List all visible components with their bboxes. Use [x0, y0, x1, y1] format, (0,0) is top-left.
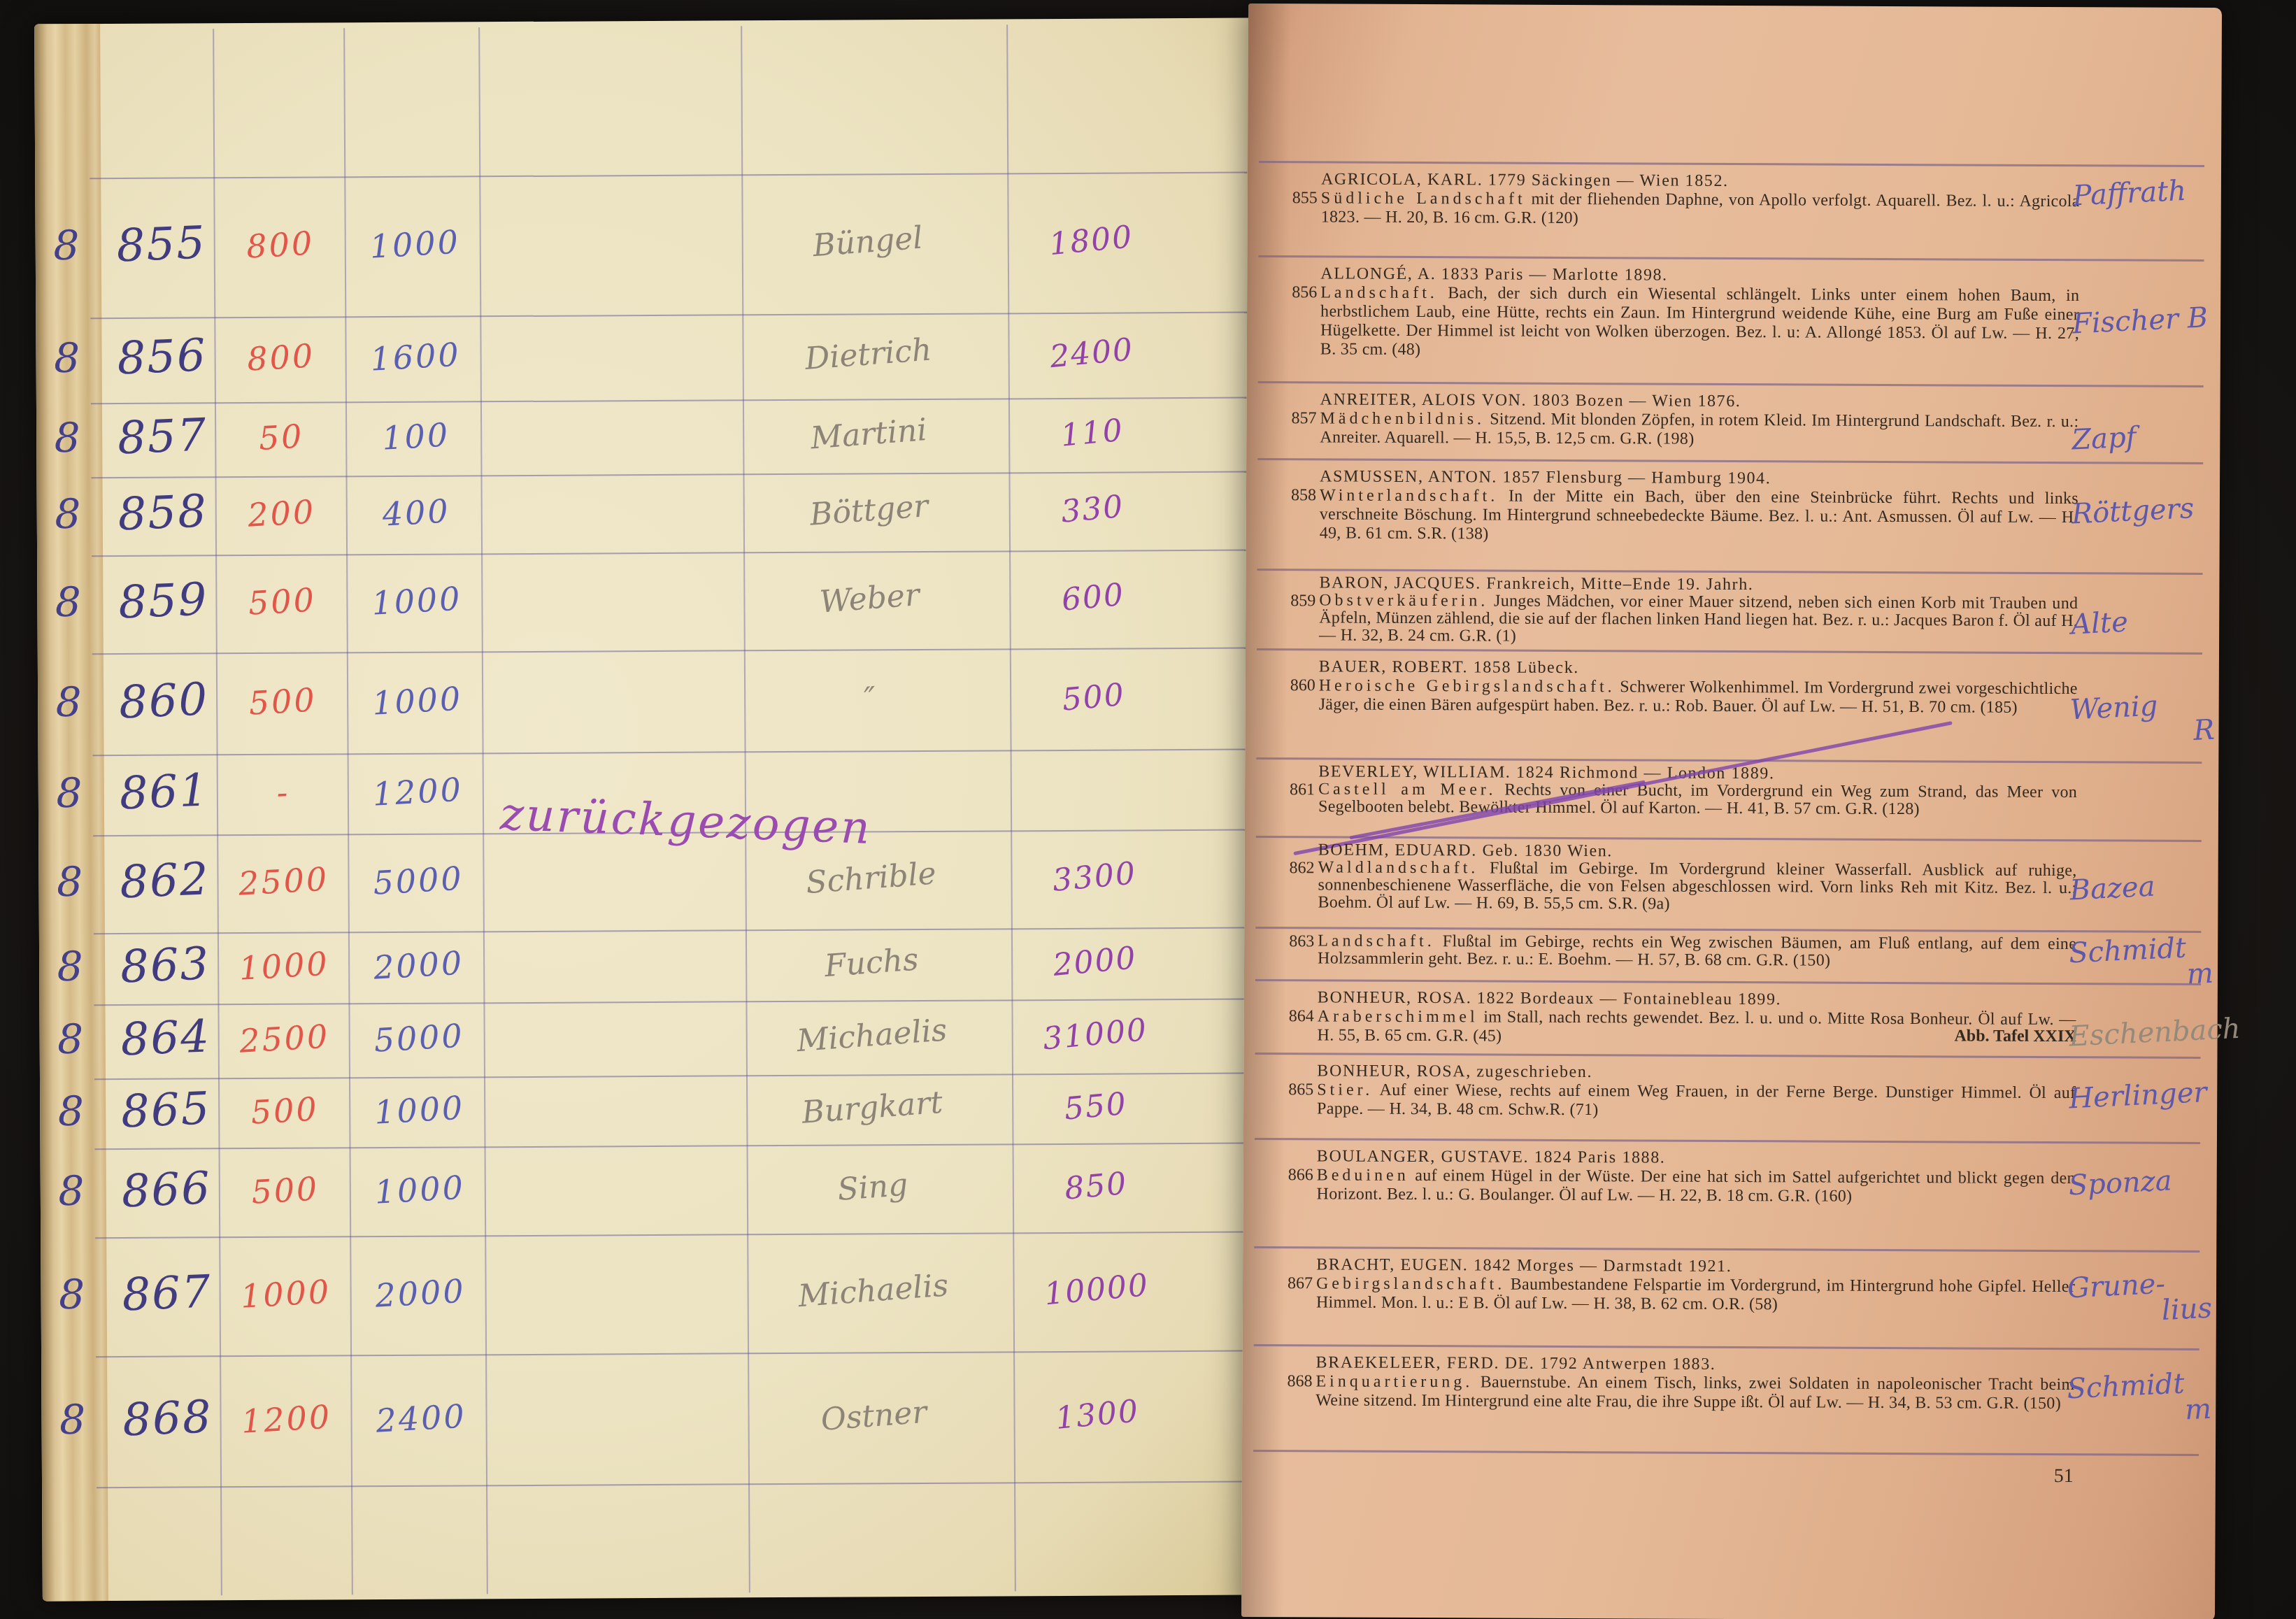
estimate-red: 50 [221, 415, 342, 459]
margin-annotation: Röttgers [2071, 492, 2216, 530]
lot-number: 855 [104, 217, 218, 273]
cutoff-lot-digit: 8 [45, 1015, 96, 1063]
buyer-name: Schrible [748, 851, 994, 905]
buyer-name: Dietrich [745, 327, 992, 381]
lot-number: 863 [1262, 932, 1314, 951]
buyer-name: Sing [749, 1160, 996, 1214]
entry-body: Mädchenbildnis. Sitzend. Mit blonden Zöp… [1320, 409, 2078, 450]
lot-number: 859 [1264, 592, 1315, 611]
lot-number: 858 [1264, 486, 1316, 505]
ledger-row-864: 8 864 2500 5000 Michaelis 31000 [39, 998, 1267, 1078]
catalog-entry-866: 866 BOULANGER, GUSTAVE. 1824 Paris 1888.… [1243, 1138, 2216, 1250]
page-number: 51 [2032, 1465, 2095, 1488]
estimate-red: 1200 [226, 1397, 347, 1441]
work-title: Mädchenbildnis. [1320, 409, 1485, 428]
lot-number: 860 [1264, 676, 1315, 695]
hammer-price: 3300 [1011, 852, 1178, 902]
hammer-price: 110 [1008, 408, 1176, 458]
lot-number: 868 [110, 1390, 224, 1446]
estimate-red: 2500 [224, 1016, 345, 1061]
work-title: Araberschimmel [1318, 1007, 1478, 1026]
entry-body: Beduinen auf einem Hügel in der Wüste. D… [1317, 1166, 2076, 1207]
lot-number: 864 [1262, 1007, 1314, 1026]
cutoff-lot-digit: 8 [46, 1167, 97, 1214]
catalog-entry-865: 865 BONHEUR, ROSA, zugeschrieben. Stier.… [1243, 1053, 2216, 1142]
estimate-blue: 1000 [352, 678, 483, 723]
cutoff-lot-digit: 8 [46, 1271, 97, 1318]
lot-number: 862 [108, 853, 222, 909]
ledger-row-856: 8 856 800 1600 Dietrich 2400 [36, 311, 1264, 403]
estimate-blue: 2000 [353, 943, 485, 988]
buyer-name: Fuchs [748, 936, 995, 990]
catalog-entry-858: 858 ASMUSSEN, ANTON. 1857 Flensburg — Ha… [1246, 458, 2219, 573]
catalog-entry-856: 856 ALLONGÉ, A. 1833 Paris — Marlotte 18… [1247, 255, 2220, 385]
estimate-blue: 1000 [354, 1087, 485, 1133]
lot-number: 865 [109, 1083, 223, 1139]
margin-annotation-pencil: Eschenbach [2069, 1015, 2213, 1053]
hammer-price: 330 [1009, 484, 1176, 534]
estimate-blue: 1600 [350, 334, 481, 380]
estimate-blue: 5000 [353, 1015, 485, 1061]
hammer-price: 2000 [1011, 936, 1178, 987]
hammer-price: 550 [1012, 1081, 1179, 1132]
estimate-red: 500 [224, 1168, 345, 1213]
cutoff-lot-digit: 8 [44, 769, 94, 816]
buyer-name: Martini [746, 407, 992, 461]
lot-number: 856 [105, 329, 219, 385]
estimate-red: 2500 [223, 859, 344, 904]
catalog-entry-860: 860 BAUER, ROBERT. 1858 Lübeck. Heroisch… [1245, 648, 2218, 762]
ledger-row-867: 8 867 1000 2000 Michaelis 10000 [41, 1231, 1269, 1356]
estimate-blue: 1000 [351, 578, 483, 624]
buyer-name: Michaelis [748, 1008, 995, 1062]
work-title: Waldlandschaft. [1318, 858, 1479, 877]
ledger-row-865: 8 865 500 1000 Burgkart 550 [40, 1072, 1267, 1148]
estimate-red: 200 [221, 491, 342, 536]
lot-number: 859 [106, 573, 220, 629]
entry-body: Einquartierung. Bauernstube. An einem Ti… [1315, 1372, 2074, 1413]
catalog-entry-868: 868 BRAEKELEER, FERD. DE. 1792 Antwerpen… [1242, 1344, 2215, 1454]
cutoff-lot-digit: 8 [42, 414, 92, 462]
hammer-price: 2400 [1008, 328, 1176, 378]
work-title: Winterlandschaft. [1320, 486, 1498, 505]
buyer-name: Weber [746, 571, 993, 625]
lot-number: 862 [1263, 859, 1315, 878]
buyer-name: Burgkart [749, 1080, 996, 1134]
margin-annotation: Zapf [2071, 418, 2216, 456]
catalog-entry-855: 855 AGRICOLA, KARL. 1779 Säckingen — Wie… [1247, 161, 2220, 259]
estimate-red: 500 [222, 579, 343, 624]
estimate-red: - [222, 770, 343, 815]
estimate-red: 500 [224, 1088, 345, 1133]
cutoff-lot-digit: 8 [44, 858, 94, 906]
work-title: Landschaft. [1318, 932, 1435, 950]
work-title: Castell am Meer. [1318, 780, 1497, 799]
catalog-entry-864: 864 BONHEUR, ROSA. 1822 Bordeaux — Fonta… [1243, 979, 2216, 1057]
ledger-row-855: 8 855 800 1000 Büngel 1800 [35, 171, 1263, 318]
work-title: Heroische Gebirgslandschaft. [1319, 676, 1616, 696]
hammer-price: 850 [1013, 1160, 1180, 1211]
work-title: Beduinen [1317, 1166, 1409, 1185]
estimate-blue: 1000 [349, 222, 480, 267]
estimate-blue: 1000 [354, 1167, 485, 1212]
cutoff-lot-digit: 8 [47, 1395, 97, 1443]
lot-number: 863 [108, 938, 222, 994]
margin-annotation: WenigR [2069, 688, 2216, 753]
ledger-row-858: 8 858 200 400 Böttger 330 [37, 471, 1265, 555]
margin-annotation: Alte [2070, 603, 2215, 641]
margin-annotation: Sponza [2068, 1164, 2213, 1201]
lot-number: 866 [1262, 1166, 1313, 1185]
entry-body: Castell am Meer. Rechts von einer Bucht,… [1318, 780, 2077, 819]
hammer-price: 1300 [1014, 1389, 1181, 1439]
catalog-entry-862: 862 BOEHM, EDUARD. Geb. 1830 Wien. Waldl… [1244, 836, 2217, 931]
work-title: Landschaft. [1320, 283, 1438, 302]
estimate-red: 1000 [224, 943, 345, 988]
lot-number: 857 [106, 409, 220, 465]
margin-annotation: Fischer B [2072, 302, 2216, 340]
work-title: Südliche Landschaft [1321, 189, 1526, 208]
estimate-blue: 100 [350, 414, 482, 459]
lot-number: 860 [107, 673, 221, 729]
catalog-entry-867: 867 BRACHT, EUGEN. 1842 Morges — Darmsta… [1243, 1246, 2216, 1348]
cutoff-lot-digit: 8 [45, 943, 95, 990]
lot-number: 865 [1262, 1080, 1313, 1099]
margin-annotation: Schmidtm [2066, 1367, 2212, 1432]
plate-reference: Abb. Tafel XXIX [1867, 1027, 2076, 1046]
ledger-row-868: 8 868 1200 2400 Ostner 1300 [41, 1350, 1269, 1487]
estimate-blue: 400 [350, 490, 482, 536]
work-title: Einquartierung. [1315, 1372, 1473, 1391]
work-description: Auf einer Wiese, rechts auf einem Weg Fr… [1317, 1081, 2076, 1119]
hammer-price: 600 [1010, 572, 1177, 622]
entry-body: Stier. Auf einer Wiese, rechts auf einem… [1317, 1080, 2076, 1122]
cutoff-lot-digit: 8 [43, 578, 93, 626]
estimate-red: 800 [220, 335, 341, 380]
entry-body: Winterlandschaft. In der Mitte ein Bach,… [1320, 486, 2078, 546]
margin-annotation: Herlinger [2068, 1077, 2213, 1115]
cutoff-lot-digit: 8 [45, 1087, 96, 1135]
cutoff-lot-digit: 8 [41, 334, 92, 382]
ledger-row-857: 8 857 50 100 Martini 110 [36, 397, 1264, 477]
work-description: auf einem Hügel in der Wüste. Der eine h… [1317, 1167, 2076, 1206]
buyer-name: Böttger [746, 483, 992, 537]
hammer-price: 1800 [1008, 215, 1175, 266]
margin-annotation: Paffrath [2072, 174, 2217, 212]
buyer-name: Ostner [750, 1389, 997, 1443]
lot-number: 864 [108, 1011, 222, 1067]
lot-number: 858 [106, 485, 220, 541]
lot-number: 867 [110, 1266, 224, 1322]
hammer-price: 10000 [1013, 1264, 1181, 1315]
work-title: Stier. [1317, 1080, 1373, 1099]
estimate-blue: 2400 [355, 1395, 487, 1441]
catalog-entry-859: 859 BARON, JACQUES. Frankreich, Mitte–En… [1246, 569, 2218, 652]
catalog-entry-861: 861 BEVERLEY, WILLIAM. 1824 Richmond — L… [1245, 757, 2217, 840]
entry-body: Heroische Gebirgslandschaft. Schwerer Wo… [1319, 676, 2078, 718]
work-title: Gebirgslandschaft. [1316, 1274, 1505, 1293]
estimate-blue: 1200 [352, 769, 483, 814]
cutoff-lot-digit: 8 [41, 222, 92, 269]
lot-number: 866 [109, 1162, 223, 1218]
estimate-red: 1000 [225, 1271, 346, 1316]
ledger-page: 8 855 800 1000 Büngel 1800 8 856 800 160… [34, 17, 1270, 1601]
lot-number: 856 [1265, 283, 1317, 302]
entry-body: Obstverkäuferin. Junges Mädchen, vor ein… [1319, 592, 2078, 648]
lot-number: 867 [1261, 1274, 1313, 1293]
ledger-row-863: 8 863 1000 2000 Fuchs 2000 [39, 927, 1267, 1004]
lot-number: 857 [1264, 409, 1316, 428]
ledger-row-866: 8 866 500 1000 Sing 850 [41, 1142, 1269, 1237]
estimate-blue: 5000 [352, 858, 484, 904]
catalog-entry-863: 863 Landschaft. Flußtal im Gebirge, rech… [1244, 927, 2216, 983]
margin-annotation: Bazea [2069, 869, 2214, 906]
lot-number: 861 [1263, 780, 1315, 799]
ledger-row-860: 8 860 500 1000 ″ 500 [38, 647, 1266, 755]
hammer-price: 500 [1010, 671, 1177, 722]
cutoff-lot-digit: 8 [43, 490, 93, 538]
lot-number: 868 [1260, 1372, 1312, 1391]
estimate-red: 800 [220, 222, 341, 267]
estimate-red: 500 [222, 679, 343, 724]
entry-body: Waldlandschaft. Flußtal im Gebirge. Im V… [1318, 859, 2076, 915]
entry-body: Landschaft. Flußtal im Gebirge, rechts e… [1318, 932, 2076, 971]
entry-body: Gebirgslandschaft. Baumbestandene Felspa… [1316, 1274, 2075, 1315]
lot-number: 861 [107, 764, 221, 820]
estimate-blue: 2000 [355, 1271, 486, 1316]
margin-annotation: Grune-lius [2067, 1267, 2213, 1331]
ditto-mark: ″ [747, 671, 994, 725]
book-spread: 8 855 800 1000 Büngel 1800 8 856 800 160… [0, 0, 2296, 1619]
cutoff-lot-digit: 8 [43, 678, 94, 725]
entry-body: Südliche Landschaft mit der fliehenden D… [1321, 189, 2080, 230]
buyer-name: Michaelis [750, 1264, 997, 1318]
ledger-row-859: 8 859 500 1000 Weber 600 [37, 549, 1265, 653]
lot-number: 855 [1266, 189, 1318, 208]
buyer-name: Büngel [744, 215, 991, 269]
catalog-page: 855 AGRICOLA, KARL. 1779 Säckingen — Wie… [1241, 3, 2222, 1619]
hammer-price: 31000 [1012, 1009, 1179, 1060]
entry-body: Landschaft. Bach, der sich durch ein Wie… [1320, 283, 2079, 362]
catalog-entry-857: 857 ANREITER, ALOIS VON. 1803 Bozen — Wi… [1246, 381, 2218, 462]
work-title: Obstverkäuferin. [1319, 591, 1488, 610]
